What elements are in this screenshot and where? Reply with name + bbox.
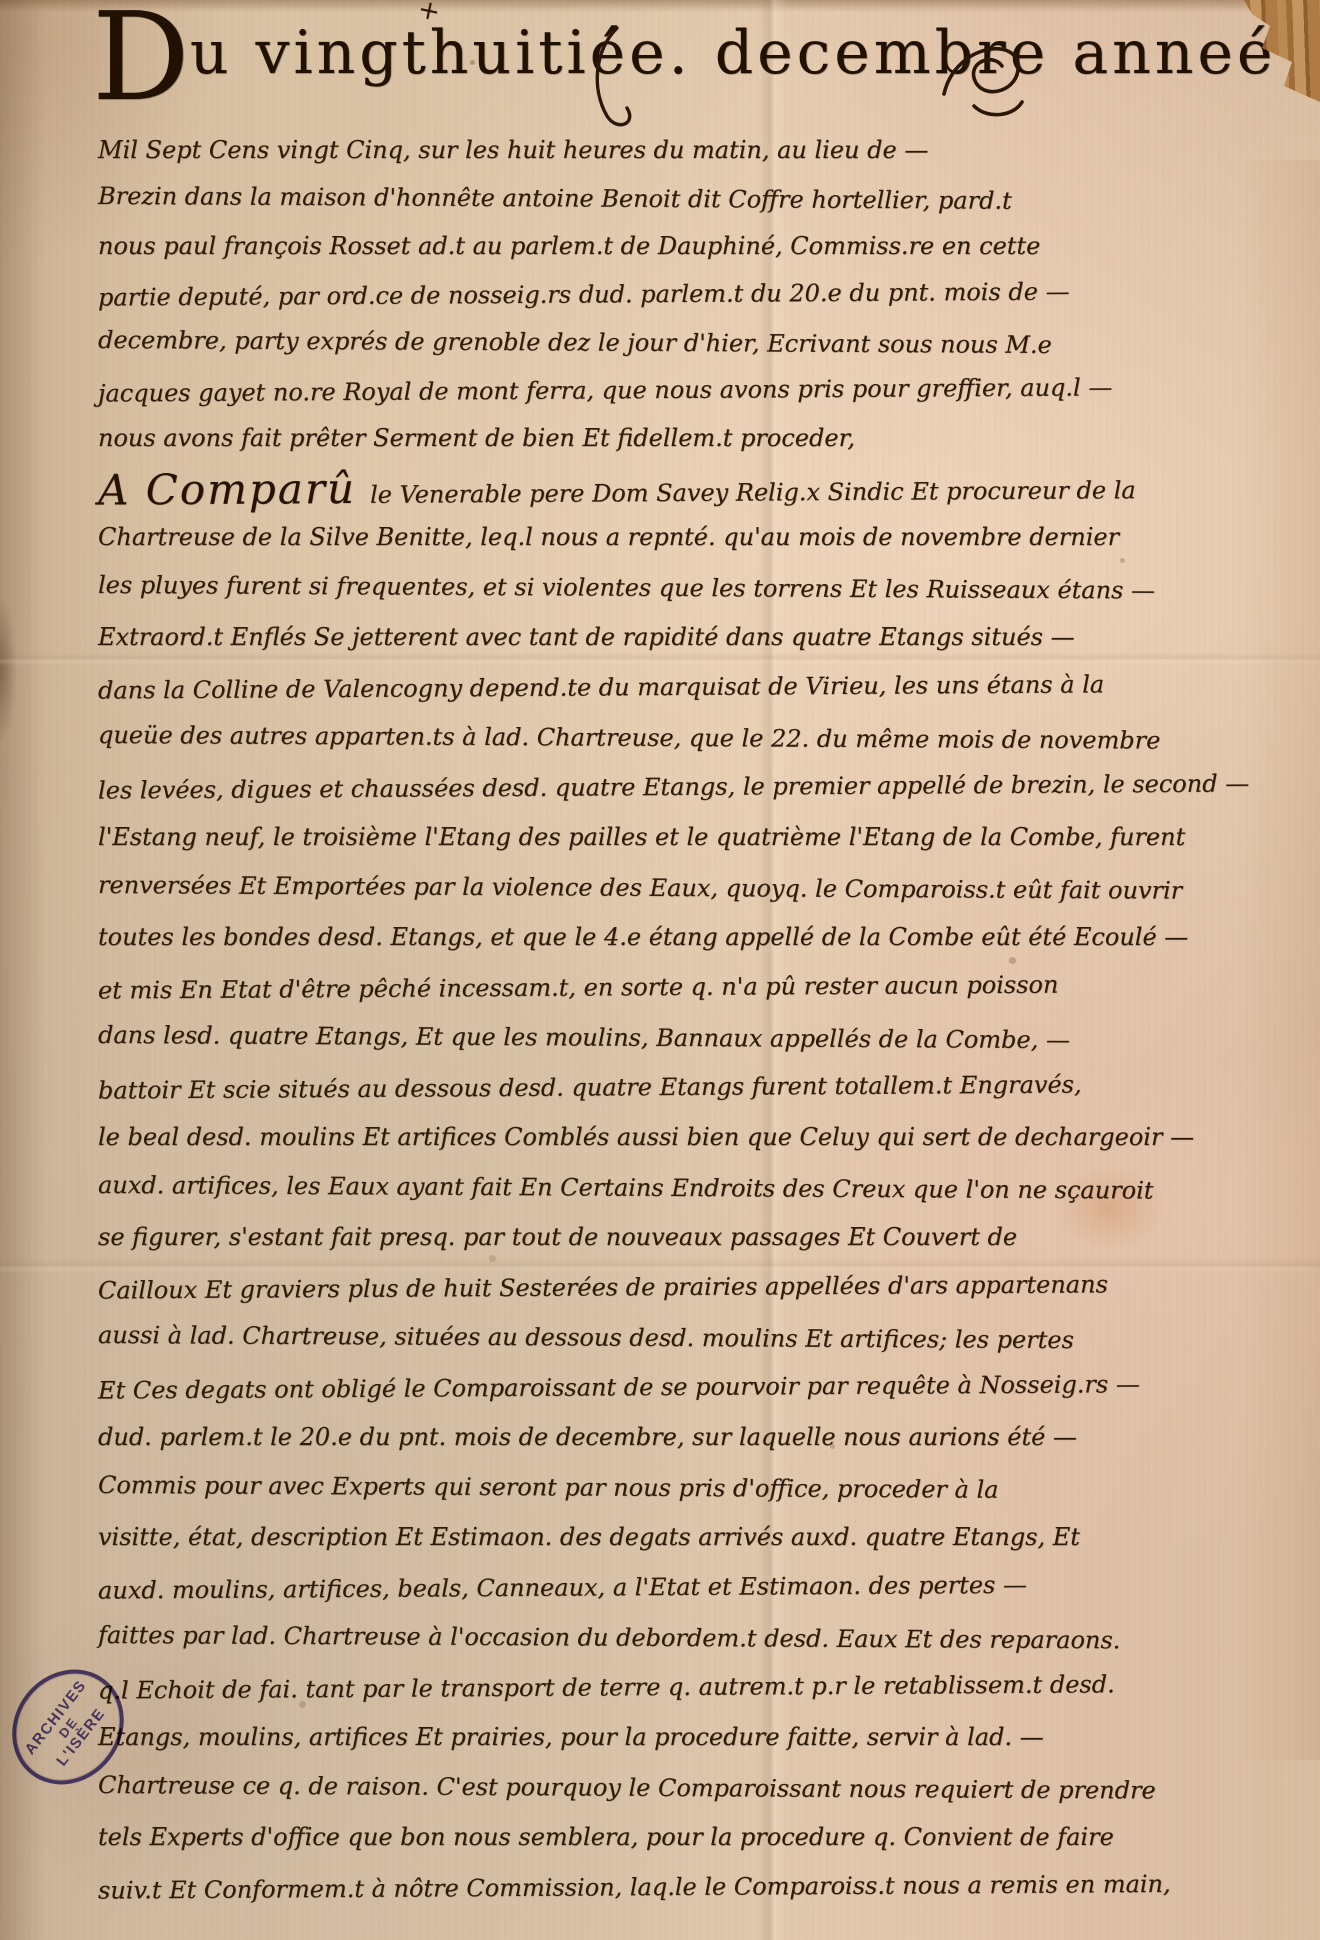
manuscript-line: faittes par lad. Chartreuse à l'occasion… bbox=[98, 1610, 1256, 1666]
manuscript-line: toutes les bondes desd. Etangs, et que l… bbox=[98, 912, 1256, 962]
manuscript-line: les levées, digues et chaussées desd. qu… bbox=[98, 758, 1256, 815]
torn-left-edge bbox=[0, 600, 16, 740]
manuscript-line: Cailloux Et graviers plus de huit Sester… bbox=[98, 1258, 1256, 1315]
manuscript-line: dans lesd. quatre Etangs, Et que les mou… bbox=[98, 1010, 1256, 1066]
paragraph-opening-words: A Comparû bbox=[98, 464, 356, 515]
photo-of-manuscript: + Du vingthuitiée. decembre anneé Mil Se… bbox=[0, 0, 1320, 1940]
manuscript-line-text: le Venerable pere Dom Savey Relig.x Sind… bbox=[370, 476, 1136, 509]
document-title: Du vingthuitiée. decembre anneé bbox=[92, 18, 1276, 88]
manuscript-line: Et Ces degats ont obligé le Comparoissan… bbox=[98, 1358, 1256, 1415]
manuscript-line: les pluyes furent si frequentes, et si v… bbox=[98, 560, 1256, 616]
manuscript-line: battoir Et scie situés au dessous desd. … bbox=[98, 1058, 1256, 1115]
manuscript-line: Mil Sept Cens vingt Cinq, sur les huit h… bbox=[98, 126, 1256, 174]
manuscript-line: auxd. moulins, artifices, beals, Canneau… bbox=[98, 1558, 1256, 1615]
comparution-paragraph-lines: Chartreuse de la Silve Benitte, leq.l no… bbox=[98, 512, 1256, 1912]
title-initial-letter: D bbox=[92, 0, 190, 128]
manuscript-line: Extraord.t Enflés Se jetterent avec tant… bbox=[98, 612, 1256, 662]
manuscript-line: partie deputé, par ord.ce de nosseig.rs … bbox=[98, 266, 1256, 321]
manuscript-line: tels Experts d'office que bon nous sembl… bbox=[98, 1812, 1256, 1862]
manuscript-line: Commis pour avec Experts qui seront par … bbox=[98, 1460, 1256, 1516]
manuscript-line: aussi à lad. Chartreuse, situées au dess… bbox=[98, 1310, 1256, 1366]
manuscript-line: renversées Et Emportées par la violence … bbox=[98, 860, 1256, 916]
manuscript-line: suiv.t Et Conformem.t à nôtre Commission… bbox=[98, 1858, 1256, 1915]
manuscript-line: visitte, état, description Et Estimaon. … bbox=[98, 1512, 1256, 1562]
manuscript-line: Chartreuse ce q. de raison. C'est pourqu… bbox=[98, 1760, 1256, 1816]
manuscript-line: Etangs, moulins, artifices Et prairies, … bbox=[98, 1712, 1256, 1762]
manuscript-line: decembre, party exprés de grenoble dez l… bbox=[98, 316, 1256, 370]
manuscript-line: dud. parlem.t le 20.e du pnt. mois de de… bbox=[98, 1412, 1256, 1462]
opening-paragraph: Mil Sept Cens vingt Cinq, sur les huit h… bbox=[98, 126, 1256, 462]
paper-top-edge-shadow bbox=[0, 0, 1320, 12]
comparution-paragraph: A Comparûle Venerable pere Dom Savey Rel… bbox=[98, 462, 1256, 1912]
manuscript-line: queüe des autres apparten.ts à lad. Char… bbox=[98, 710, 1256, 766]
manuscript-page: + Du vingthuitiée. decembre anneé Mil Se… bbox=[0, 0, 1320, 1940]
manuscript-line: se figurer, s'estant fait presq. par tou… bbox=[98, 1212, 1256, 1262]
title-text: u vingthuitiée. decembre anneé bbox=[190, 18, 1277, 88]
manuscript-line: Chartreuse de la Silve Benitte, leq.l no… bbox=[98, 512, 1256, 562]
manuscript-line: auxd. artifices, les Eaux ayant fait En … bbox=[98, 1160, 1256, 1216]
manuscript-line: et mis En Etat d'être pêché incessam.t, … bbox=[98, 958, 1256, 1015]
manuscript-line: jacques gayet no.re Royal de mont ferra,… bbox=[98, 362, 1256, 417]
manuscript-line: l'Estang neuf, le troisième l'Etang des … bbox=[98, 812, 1256, 862]
manuscript-line: A Comparûle Venerable pere Dom Savey Rel… bbox=[98, 458, 1256, 515]
manuscript-line: q.l Echoit de fai. tant par le transport… bbox=[98, 1658, 1256, 1715]
manuscript-line: dans la Colline de Valencogny depend.te … bbox=[98, 658, 1256, 715]
manuscript-line: nous avons fait prêter Serment de bien E… bbox=[98, 414, 1256, 462]
manuscript-line: nous paul françois Rosset ad.t au parlem… bbox=[98, 222, 1256, 270]
manuscript-line: Brezin dans la maison d'honnête antoine … bbox=[98, 172, 1256, 226]
manuscript-line: le beal desd. moulins Et artifices Combl… bbox=[98, 1112, 1256, 1162]
